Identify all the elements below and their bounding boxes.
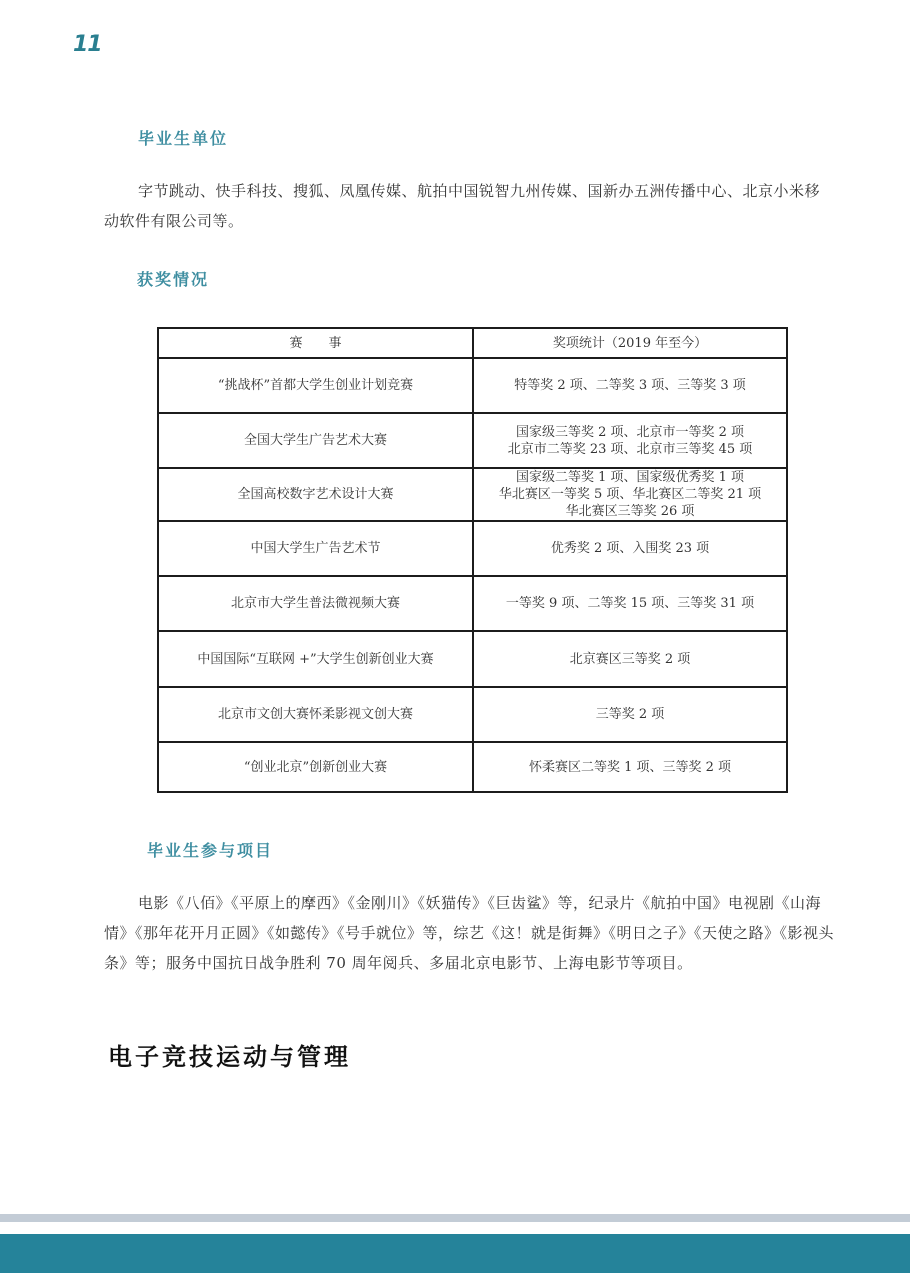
event-cell: “创业北京”创新创业大赛 — [158, 742, 473, 792]
awards-table-body: “挑战杯”首都大学生创业计划竞赛特等奖 2 项、二等奖 3 项、三等奖 3 项全… — [158, 358, 787, 792]
event-cell: “挑战杯”首都大学生创业计划竞赛 — [158, 358, 473, 413]
table-row: 北京市大学生普法微视频大赛一等奖 9 项、二等奖 15 项、三等奖 31 项 — [158, 576, 787, 631]
event-cell: 北京市文创大赛怀柔影视文创大赛 — [158, 687, 473, 742]
footer-divider-line — [0, 1214, 910, 1222]
awards-cell: 北京赛区三等奖 2 项 — [473, 631, 787, 687]
program-title: 电子竞技运动与管理 — [108, 1037, 351, 1072]
event-cell: 全国大学生广告艺术大赛 — [158, 413, 473, 468]
table-row: 全国大学生广告艺术大赛国家级三等奖 2 项、北京市一等奖 2 项 北京市二等奖 … — [158, 413, 787, 468]
awards-cell: 怀柔赛区二等奖 1 项、三等奖 2 项 — [473, 742, 787, 792]
footer-band — [0, 1234, 910, 1273]
section-heading-projects: 毕业生参与项目 — [147, 838, 273, 861]
table-row: 北京市文创大赛怀柔影视文创大赛三等奖 2 项 — [158, 687, 787, 742]
event-cell: 全国高校数字艺术设计大赛 — [158, 468, 473, 521]
awards-cell: 三等奖 2 项 — [473, 687, 787, 742]
event-cell: 中国国际“互联网 +”大学生创新创业大赛 — [158, 631, 473, 687]
awards-cell: 一等奖 9 项、二等奖 15 项、三等奖 31 项 — [473, 576, 787, 631]
table-header-row: 赛 事 奖项统计（2019 年至今） — [158, 328, 787, 358]
awards-table: 赛 事 奖项统计（2019 年至今） “挑战杯”首都大学生创业计划竞赛特等奖 2… — [157, 327, 788, 793]
column-header-event: 赛 事 — [158, 328, 473, 358]
table-row: “挑战杯”首都大学生创业计划竞赛特等奖 2 项、二等奖 3 项、三等奖 3 项 — [158, 358, 787, 413]
table-row: 全国高校数字艺术设计大赛国家级二等奖 1 项、国家级优秀奖 1 项 华北赛区一等… — [158, 468, 787, 521]
awards-cell: 国家级三等奖 2 项、北京市一等奖 2 项 北京市二等奖 23 项、北京市三等奖… — [473, 413, 787, 468]
event-cell: 北京市大学生普法微视频大赛 — [158, 576, 473, 631]
section-heading-awards: 获奖情况 — [137, 267, 209, 290]
awards-cell: 优秀奖 2 项、入围奖 23 项 — [473, 521, 787, 576]
event-cell: 中国大学生广告艺术节 — [158, 521, 473, 576]
page-number: 11 — [73, 32, 102, 57]
projects-paragraph: 电影《八佰》《平原上的摩西》《金刚川》《妖猫传》《巨齿鲨》等，纪录片《航拍中国》… — [104, 888, 834, 978]
table-row: “创业北京”创新创业大赛怀柔赛区二等奖 1 项、三等奖 2 项 — [158, 742, 787, 792]
table-row: 中国大学生广告艺术节优秀奖 2 项、入围奖 23 项 — [158, 521, 787, 576]
awards-cell: 国家级二等奖 1 项、国家级优秀奖 1 项 华北赛区一等奖 5 项、华北赛区二等… — [473, 468, 787, 521]
table-row: 中国国际“互联网 +”大学生创新创业大赛北京赛区三等奖 2 项 — [158, 631, 787, 687]
employers-paragraph: 字节跳动、快手科技、搜狐、凤凰传媒、航拍中国锐智九州传媒、国新办五洲传播中心、北… — [104, 176, 834, 236]
section-heading-employers: 毕业生单位 — [138, 126, 228, 149]
awards-cell: 特等奖 2 项、二等奖 3 项、三等奖 3 项 — [473, 358, 787, 413]
column-header-awards: 奖项统计（2019 年至今） — [473, 328, 787, 358]
